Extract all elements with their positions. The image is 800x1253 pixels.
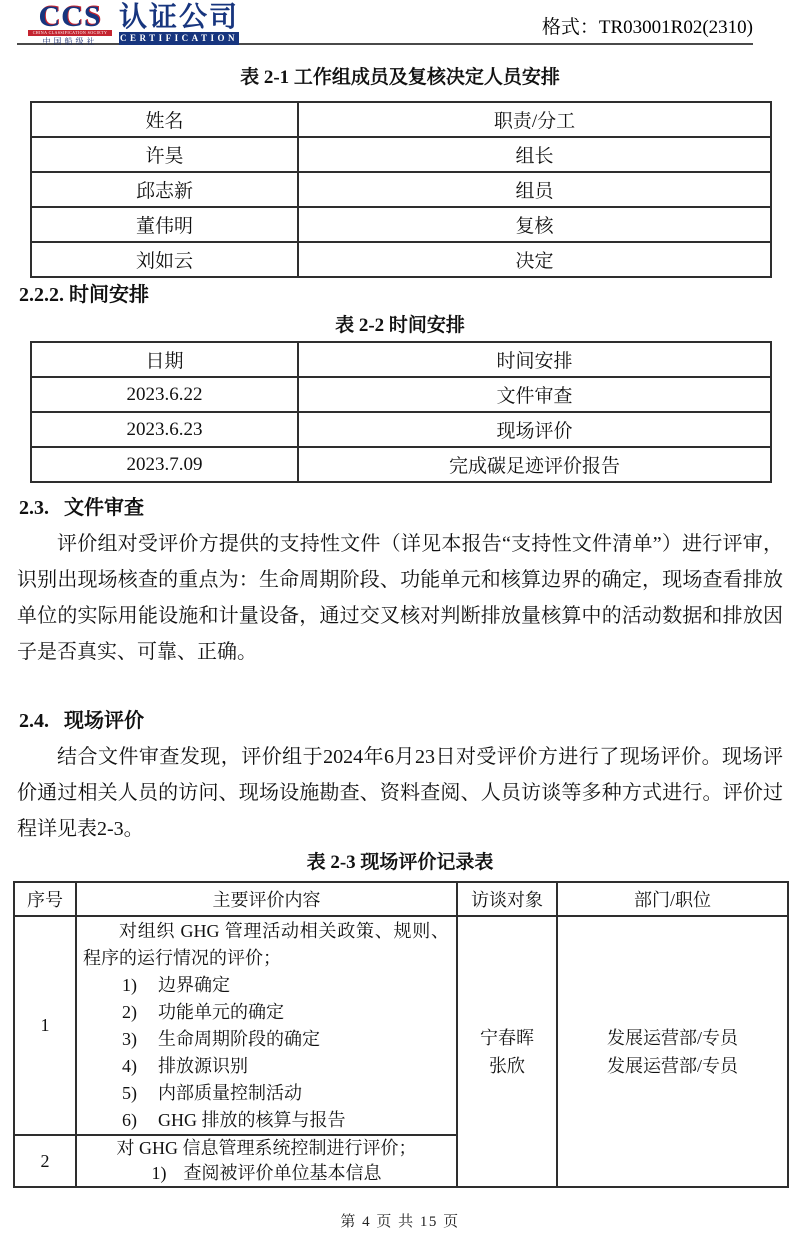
section-title: 时间安排	[69, 282, 149, 308]
ccs-company-block: 认证公司 CERTIFICATION	[119, 4, 239, 45]
table-row: 许昊 组长	[31, 137, 771, 172]
table-2-2-title: 表 2-2 时间安排	[0, 313, 800, 338]
interviewee-cell: 宁春晖 张欣	[457, 916, 557, 1187]
evaluation-intro: 对 GHG 信息管理系统控制进行评价；	[83, 1136, 450, 1161]
activity-cell: 完成碳足迹评价报告	[298, 447, 771, 482]
list-item-number: 1)	[122, 972, 137, 999]
activity-cell: 文件审查	[298, 377, 771, 412]
table-row: 日期 时间安排	[31, 342, 771, 377]
section-2-4-paragraph: 结合文件审查发现，评价组于2024年6月23日对受评价方进行了现场评价。现场评价…	[17, 739, 783, 847]
company-name-label: 认证公司	[119, 4, 239, 31]
date-cell: 2023.6.23	[31, 412, 298, 447]
section-2-3-paragraph: 评价组对受评价方提供的支持性文件（详见本报告“支持性文件清单”）进行评审，识别出…	[17, 526, 783, 670]
section-number: 2.3.	[19, 495, 49, 521]
list-item-text: 内部质量控制活动	[158, 1080, 302, 1107]
table-row: 姓名 职责/分工	[31, 102, 771, 137]
section-title: 文件审查	[64, 495, 144, 521]
list-item-text: 功能单元的确定	[158, 999, 284, 1026]
role-cell: 组员	[298, 172, 771, 207]
list-item-number: 3)	[122, 1026, 137, 1053]
list-item: 1) 查阅被评价单位基本信息	[152, 1161, 382, 1186]
list-item-number: 2)	[122, 999, 137, 1026]
column-header: 序号	[14, 882, 76, 916]
list-item-number: 5)	[122, 1080, 137, 1107]
column-header: 主要评价内容	[76, 882, 457, 916]
section-2-2-2-heading: 2.2.2. 时间安排	[19, 282, 800, 308]
interviewee-name: 宁春晖	[458, 1024, 556, 1052]
format-code-label: 格式：TR03001R02(2310)	[542, 12, 753, 39]
department-title: 发展运营部/专员	[558, 1024, 787, 1052]
evaluation-content-cell: 对 GHG 信息管理系统控制进行评价； 1) 查阅被评价单位基本信息	[76, 1135, 457, 1187]
name-cell: 董伟明	[31, 207, 298, 242]
name-cell: 许昊	[31, 137, 298, 172]
interviewee-name: 张欣	[458, 1052, 556, 1080]
table-2-2: 日期 时间安排 2023.6.22 文件审查 2023.6.23 现场评价 20…	[30, 341, 772, 483]
row-number-cell: 2	[14, 1135, 76, 1187]
ccs-logo-mark: CCS CHINA CLASSIFICATION SOCIETY 中国船级社	[28, 4, 112, 46]
table-row: 2023.7.09 完成碳足迹评价报告	[31, 447, 771, 482]
ccs-logo: CCS CHINA CLASSIFICATION SOCIETY 中国船级社 认…	[28, 4, 239, 46]
table-row: 2023.6.23 现场评价	[31, 412, 771, 447]
list-item-text: GHG 排放的核算与报告	[158, 1107, 346, 1134]
table-2-3: 序号 主要评价内容 访谈对象 部门/职位 1 对组织 GHG 管理活动相关政策、…	[13, 881, 789, 1188]
column-header: 职责/分工	[298, 102, 771, 137]
table-row: 邱志新 组员	[31, 172, 771, 207]
evaluation-content-cell: 对组织 GHG 管理活动相关政策、规则、程序的运行情况的评价； 1) 边界确定 …	[76, 916, 457, 1135]
list-item: 3) 生命周期阶段的确定	[83, 1026, 449, 1053]
column-header: 日期	[31, 342, 298, 377]
list-item: 4) 排放源识别	[83, 1053, 449, 1080]
table-row: 1 对组织 GHG 管理活动相关政策、规则、程序的运行情况的评价； 1) 边界确…	[14, 916, 788, 1135]
list-item: 2) 功能单元的确定	[83, 999, 449, 1026]
list-item: 5) 内部质量控制活动	[83, 1080, 449, 1107]
role-cell: 组长	[298, 137, 771, 172]
ccs-society-cn-label: 中国船级社	[43, 37, 98, 46]
date-cell: 2023.7.09	[31, 447, 298, 482]
row-number-cell: 1	[14, 916, 76, 1135]
department-cell: 发展运营部/专员 发展运营部/专员	[557, 916, 788, 1187]
date-cell: 2023.6.22	[31, 377, 298, 412]
column-header: 时间安排	[298, 342, 771, 377]
role-cell: 复核	[298, 207, 771, 242]
table-2-1-title: 表 2-1 工作组成员及复核决定人员安排	[0, 65, 800, 90]
certification-bar: CERTIFICATION	[119, 32, 239, 45]
list-item-text: 生命周期阶段的确定	[158, 1026, 320, 1053]
section-title: 现场评价	[64, 708, 144, 734]
table-header-row: 序号 主要评价内容 访谈对象 部门/职位	[14, 882, 788, 916]
section-2-3-heading: 2.3. 文件审查	[19, 495, 800, 521]
list-item-number: 6)	[122, 1107, 137, 1134]
list-item-number: 1)	[152, 1161, 167, 1186]
table-row: 2023.6.22 文件审查	[31, 377, 771, 412]
list-item-text: 排放源识别	[158, 1053, 248, 1080]
column-header: 部门/职位	[557, 882, 788, 916]
ccs-society-en-bar: CHINA CLASSIFICATION SOCIETY	[28, 30, 112, 36]
page-header: CCS CHINA CLASSIFICATION SOCIETY 中国船级社 认…	[17, 0, 753, 45]
name-cell: 刘如云	[31, 242, 298, 277]
list-item-text: 查阅被评价单位基本信息	[184, 1161, 382, 1186]
list-item: 6) GHG 排放的核算与报告	[83, 1107, 449, 1134]
table-2-1: 姓名 职责/分工 许昊 组长 邱志新 组员 董伟明 复核 刘如云 决定	[30, 101, 772, 278]
section-number: 2.4.	[19, 708, 49, 734]
list-item-text: 边界确定	[158, 972, 230, 999]
ccs-logo-text: CCS	[38, 4, 101, 29]
page-number: 第 4 页 共 15 页	[0, 1210, 800, 1231]
section-number: 2.2.2.	[19, 282, 64, 308]
section-2-4-heading: 2.4. 现场评价	[19, 708, 800, 734]
table-2-3-title: 表 2-3 现场评价记录表	[0, 850, 800, 875]
role-cell: 决定	[298, 242, 771, 277]
list-item: 1) 边界确定	[83, 972, 449, 999]
department-title: 发展运营部/专员	[558, 1052, 787, 1080]
table-row: 董伟明 复核	[31, 207, 771, 242]
list-item-number: 4)	[122, 1053, 137, 1080]
activity-cell: 现场评价	[298, 412, 771, 447]
table-row: 刘如云 决定	[31, 242, 771, 277]
column-header: 访谈对象	[457, 882, 557, 916]
evaluation-intro: 对组织 GHG 管理活动相关政策、规则、程序的运行情况的评价；	[83, 918, 449, 972]
name-cell: 邱志新	[31, 172, 298, 207]
document-page: { "page": { "format_label": "格式：TR03001R…	[0, 0, 800, 1253]
column-header: 姓名	[31, 102, 298, 137]
